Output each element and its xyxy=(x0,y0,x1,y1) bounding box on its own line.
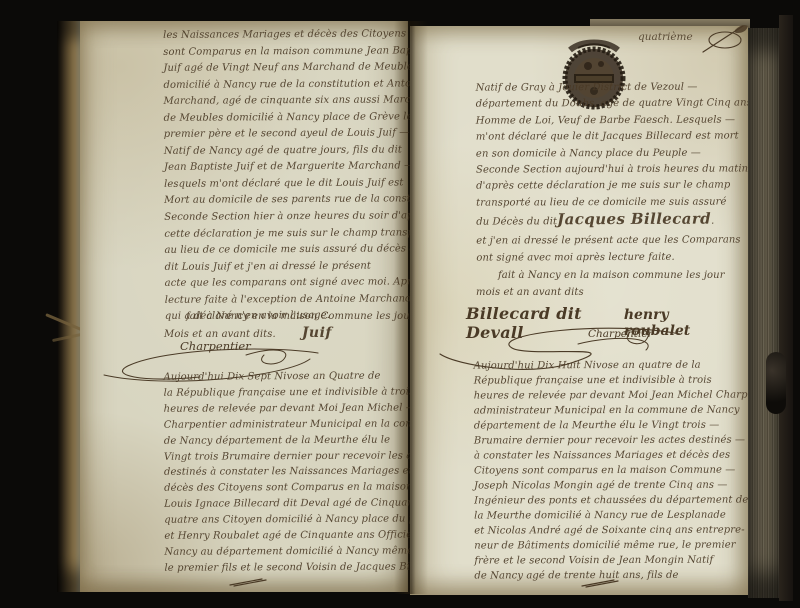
act-opening-jean-mongin: Aujourd'hui Dix Huit Nivose an quatre de… xyxy=(474,357,779,583)
manuscript-line: département du Doubs, agé de quatre Ving… xyxy=(476,96,752,114)
left-page: les Naissances Mariages et décès des Cit… xyxy=(80,21,408,592)
manuscript-line: heures de relevée par devant Moi Jean Mi… xyxy=(474,387,779,403)
manuscript-line: Citoyens sont comparus en la maison Comm… xyxy=(474,462,779,478)
manuscript-line: Mort au domicile de ses parents rue de l… xyxy=(164,192,450,210)
death-act-louis-juif: les Naissances Mariages et décès des Cit… xyxy=(163,26,451,326)
act-closing-formula: fait à Nancy en la maison commune les jo… xyxy=(476,268,725,301)
signature-juif: Juif xyxy=(302,325,332,341)
manuscript-line: ont signé avec moi après lecture faite. xyxy=(476,249,752,267)
manuscript-line: Juif agé de Vingt Neuf ans Marchand de M… xyxy=(163,59,449,77)
manuscript-line: cette déclaration je me suis sur le cham… xyxy=(164,225,450,243)
manuscript-line: de Nancy agé de trente huit ans, fils de xyxy=(474,567,779,583)
manuscript-line: sont Comparus en la maison commune Jean … xyxy=(163,43,449,61)
fore-edge-page-stack xyxy=(748,28,781,598)
deceased-name: Jacques Billecard xyxy=(557,211,711,228)
manuscript-line: d'après cette déclaration je me suis sur… xyxy=(476,178,752,196)
manuscript-line-emphasized: du Décès du dit Jacques Billecard . xyxy=(476,211,752,234)
manuscript-line: les Naissances Mariages et décès des Cit… xyxy=(163,26,449,44)
manuscript-line: et Nicolas André agé de Soixante cinq an… xyxy=(474,522,779,538)
manuscript-line: Ingénieur des ponts et chaussées du dépa… xyxy=(474,492,779,508)
manuscript-line: lesquels m'ont déclaré que le dit Louis … xyxy=(164,175,450,193)
manuscript-line: à constater les Naissances Mariages et d… xyxy=(474,447,779,463)
manuscript-line: département de la Meurthe élu le Vingt t… xyxy=(474,417,779,433)
manuscript-line: en son domicile à Nancy place du Peuple … xyxy=(476,145,752,163)
manuscript-line: République française une et indivisible … xyxy=(474,372,779,388)
manuscript-line: lecture faite à l'exception de Antoine M… xyxy=(165,291,451,309)
manuscript-line: Seconde Section aujourd'hui à trois heur… xyxy=(476,161,752,179)
manuscript-line: mois et an avant dits xyxy=(476,285,725,302)
end-flourish-icon xyxy=(228,577,268,587)
manuscript-line: fait à Nancy en la maison Commune les jo… xyxy=(164,309,415,325)
quill-flourish-icon xyxy=(695,20,751,54)
manuscript-line: Seconde Section hier à onze heures du so… xyxy=(164,208,450,226)
manuscript-line: et j'en ai dressé le présent acte que le… xyxy=(476,233,752,251)
manuscript-line: la Meurthe domicilié à Nancy rue de Lesp… xyxy=(474,507,779,523)
manuscript-line: Joseph Nicolas Mongin agé de trente Cinq… xyxy=(474,477,779,493)
act-closing-formula: fait à Nancy en la maison Commune les jo… xyxy=(164,309,415,343)
manuscript-line: dit Louis Juif et j'en ai dressé le prés… xyxy=(165,258,451,276)
manuscript-line: Marchand, agé de cinquante six ans aussi… xyxy=(163,92,449,110)
manuscript-line: premier père et le second ayeul de Louis… xyxy=(164,125,450,143)
book-cover-edge xyxy=(779,15,793,601)
manuscript-line: domicilié à Nancy rue de la constitution… xyxy=(163,76,449,94)
manuscript-line: Aujourd'hui Dix Huit Nivose an quatre de… xyxy=(474,357,779,373)
manuscript-line: m'ont déclaré que le dit Jacques Billeca… xyxy=(476,129,752,147)
binding-deckle-edge xyxy=(57,21,81,592)
manuscript-line: de Meubles domicilié à Nancy place de Gr… xyxy=(164,109,450,127)
manuscript-scan: les Naissances Mariages et décès des Cit… xyxy=(0,0,800,608)
manuscript-line: frère et le second Voisin de Jean Mongin… xyxy=(474,552,779,568)
manuscript-line: Homme de Loi, Veuf de Barbe Faesch. Lesq… xyxy=(476,112,752,130)
manuscript-line: acte que les comparans ont signé avec mo… xyxy=(165,274,451,292)
quire-number-label: quatrième xyxy=(638,31,693,43)
manuscript-line: au lieu de ce domicile me suis assuré du… xyxy=(164,241,450,259)
manuscript-line: Brumaire dernier pour recevoir les actes… xyxy=(474,432,779,448)
right-page: quatrième Natif de Gray à Jouier Distric… xyxy=(410,26,748,595)
book-clasp xyxy=(766,352,786,414)
quire-number-annotation: quatrième xyxy=(638,20,751,54)
death-act-jacques-billecard: Natif de Gray à Jouier District de Vezou… xyxy=(476,79,753,266)
end-flourish-icon xyxy=(580,578,620,588)
manuscript-line: Natif de Nancy agé de quatre jours, fils… xyxy=(164,142,450,160)
manuscript-line: administrateur Municipal en la commune d… xyxy=(474,402,779,418)
manuscript-line: neur de Bâtiments domicilié même rue, le… xyxy=(474,537,779,553)
manuscript-line: Jean Baptiste Juif et de Marguerite Marc… xyxy=(164,159,450,177)
manuscript-line: fait à Nancy en la maison commune les jo… xyxy=(476,268,725,285)
manuscript-line: Natif de Gray à Jouier District de Vezou… xyxy=(476,79,752,97)
